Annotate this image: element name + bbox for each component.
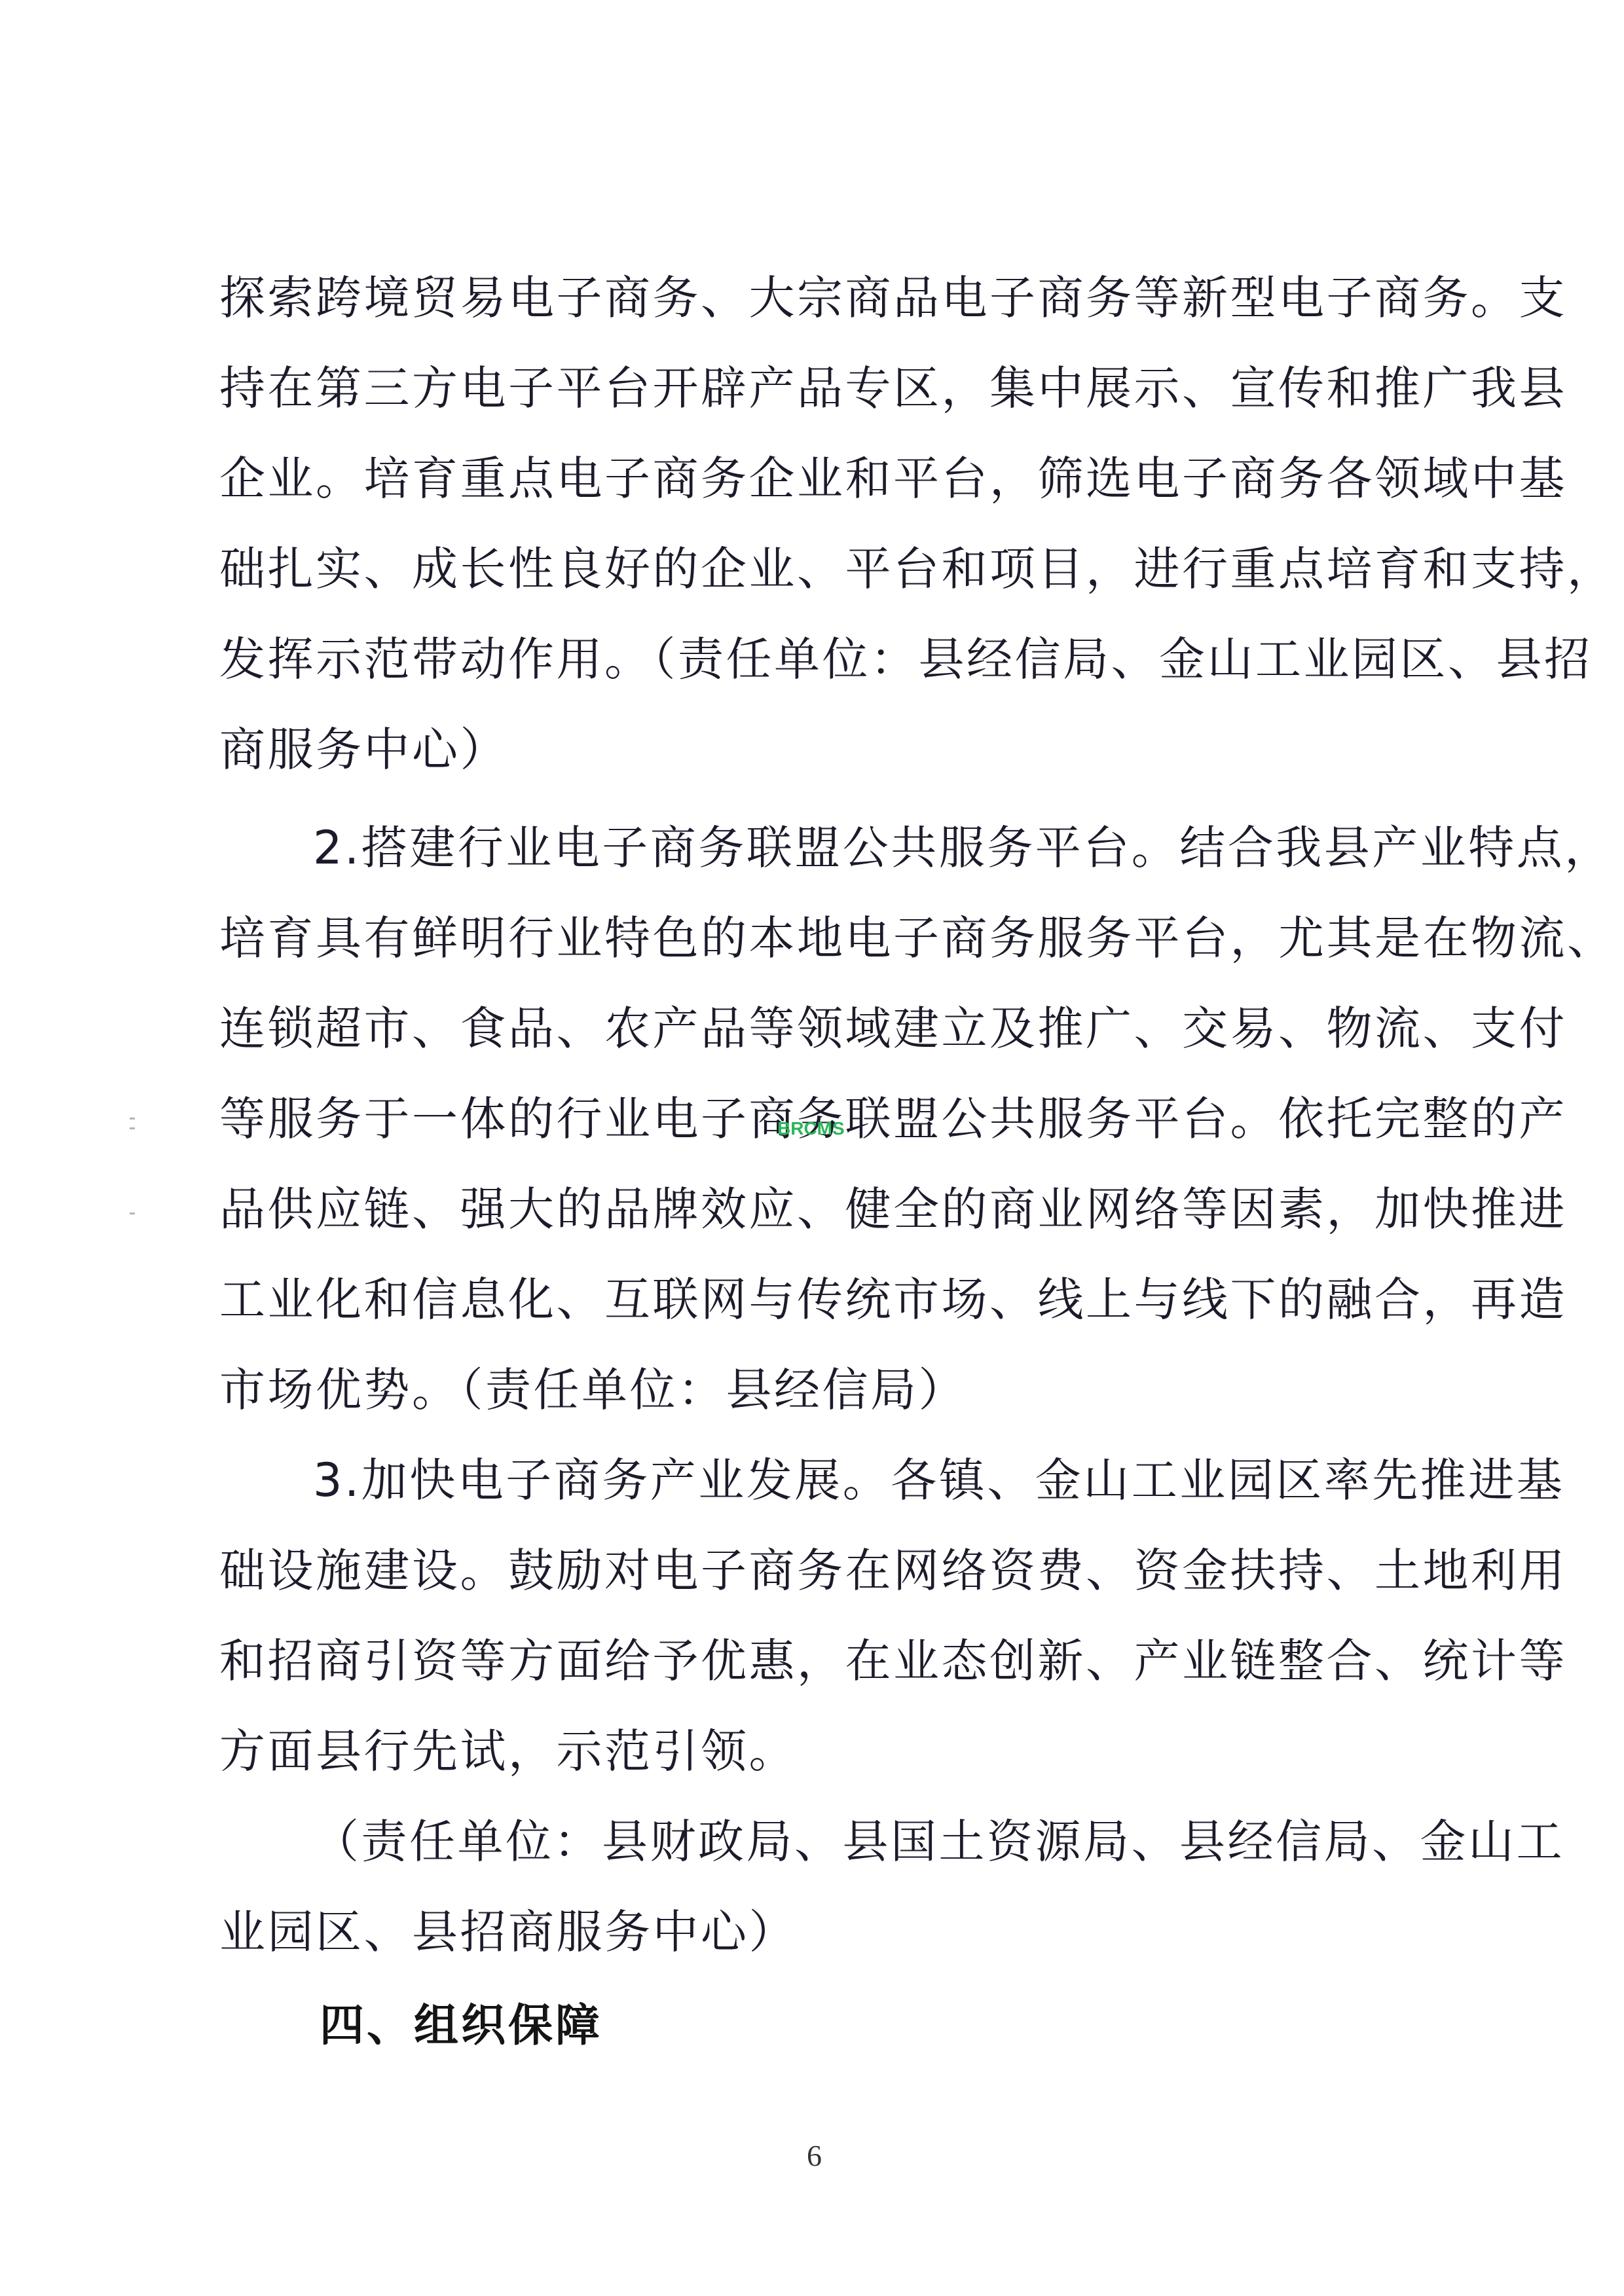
text-line: 3.加快电子商务产业发展。各镇、金山工业园区率先推进基 bbox=[313, 1451, 1564, 1510]
text-line: 方面县行先试，示范引领。 bbox=[219, 1722, 797, 1781]
watermark: BRCMS bbox=[777, 1118, 845, 1139]
text-line: 发挥示范带动作用。（责任单位：县经信局、金山工业园区、县招 bbox=[219, 630, 1593, 689]
text-line: 2.搭建行业电子商务联盟公共服务平台。结合我县产业特点， bbox=[313, 818, 1613, 877]
text-line: 持在第三方电子平台开辟产品专区，集中展示、宣传和推广我县 bbox=[219, 359, 1567, 418]
scan-artifact bbox=[130, 1212, 135, 1214]
document-page: 探索跨境贸易电子商务、大宗商品电子商务等新型电子商务。支 持在第三方电子平台开辟… bbox=[0, 0, 1624, 2296]
text-line: 等服务于一体的行业电子商务联盟公共服务平台。依托完整的产 bbox=[219, 1089, 1567, 1148]
text-line: 培育具有鲜明行业特色的本地电子商务服务平台，尤其是在物流、 bbox=[219, 909, 1615, 968]
text-line: 工业化和信息化、互联网与传统市场、线上与线下的融合，再造 bbox=[219, 1270, 1567, 1329]
text-line: 商服务中心） bbox=[219, 720, 508, 779]
text-line: 础扎实、成长性良好的企业、平台和项目，进行重点培育和支持， bbox=[219, 539, 1615, 598]
text-line: 企业。培育重点电子商务企业和平台，筛选电子商务各领域中基 bbox=[219, 449, 1567, 508]
text-line: 和招商引资等方面给予优惠，在业态创新、产业链整合、统计等 bbox=[219, 1631, 1567, 1690]
page-number: 6 bbox=[807, 2138, 822, 2173]
scan-artifact bbox=[130, 1127, 135, 1129]
text-line: 业园区、县招商服务中心） bbox=[219, 1903, 797, 1961]
scan-artifact bbox=[130, 1118, 135, 1120]
text-line: 品供应链、强大的品牌效应、健全的商业网络等因素，加快推进 bbox=[219, 1180, 1567, 1239]
section-heading: 四、组织保障 bbox=[320, 1997, 602, 2056]
text-line: 市场优势。（责任单位：县经信局） bbox=[219, 1360, 967, 1419]
text-line: （责任单位：县财政局、县国土资源局、县经信局、金山工 bbox=[313, 1812, 1564, 1871]
text-line: 连锁超市、食品、农产品等领域建立及推广、交易、物流、支付 bbox=[219, 999, 1567, 1058]
text-line: 础设施建设。鼓励对电子商务在网络资费、资金扶持、土地利用 bbox=[219, 1541, 1567, 1600]
text-line: 探索跨境贸易电子商务、大宗商品电子商务等新型电子商务。支 bbox=[219, 268, 1567, 327]
